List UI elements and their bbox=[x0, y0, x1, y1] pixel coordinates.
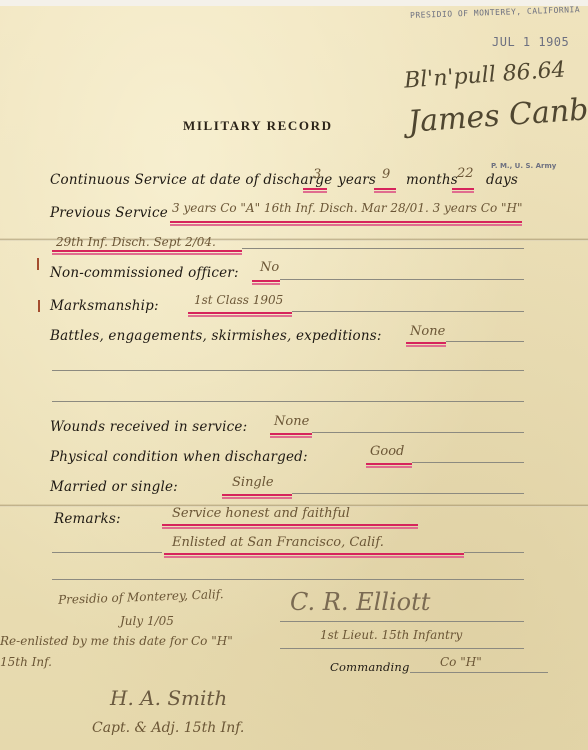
commander-rank: 1st Lieut. 15th Infantry bbox=[320, 628, 462, 642]
continuous-service-label: Continuous Service at date of discharge bbox=[50, 172, 332, 188]
ruled-line bbox=[52, 370, 524, 371]
married-value: Single bbox=[232, 475, 274, 490]
reenlist-note-1: Re-enlisted by me this date for Co "H" bbox=[0, 634, 233, 648]
remarks-value-2: Enlisted at San Francisco, Calif. bbox=[172, 535, 384, 550]
red-underline bbox=[406, 342, 446, 344]
red-underline bbox=[170, 221, 522, 223]
previous-service-value-2: 29th Inf. Disch. Sept 2/04. bbox=[56, 235, 216, 249]
ruled-line bbox=[312, 432, 524, 433]
red-underline bbox=[52, 250, 242, 252]
ruled-line bbox=[52, 579, 524, 580]
red-underline bbox=[222, 494, 292, 496]
commander-signature: C. R. Elliott bbox=[290, 588, 430, 616]
service-years-value: 3 bbox=[313, 167, 321, 182]
nco-value: No bbox=[260, 260, 279, 275]
margin-mark bbox=[38, 300, 40, 312]
years-label: years bbox=[338, 172, 376, 188]
ruled-line bbox=[280, 279, 524, 280]
red-underline bbox=[366, 463, 412, 465]
red-underline bbox=[452, 188, 474, 190]
receipt-stamp-date: JUL 1 1905 bbox=[492, 35, 569, 49]
battles-value: None bbox=[410, 324, 445, 339]
remarks-label: Remarks: bbox=[54, 511, 121, 527]
red-underline bbox=[270, 433, 312, 435]
ruled-line bbox=[52, 552, 162, 553]
married-label: Married or single: bbox=[50, 479, 178, 495]
red-underline bbox=[303, 188, 327, 190]
service-months-value: 9 bbox=[382, 167, 390, 182]
remarks-value-1: Service honest and faithful bbox=[172, 506, 350, 521]
red-underline bbox=[188, 312, 292, 314]
reenlist-note-2: 15th Inf. bbox=[0, 655, 52, 669]
adjutant-signature: H. A. Smith bbox=[110, 686, 227, 710]
wounds-value: None bbox=[274, 414, 309, 429]
physical-condition-value: Good bbox=[370, 444, 404, 459]
wounds-label: Wounds received in service: bbox=[50, 419, 247, 435]
ruled-line bbox=[412, 462, 524, 463]
nco-label: Non-commissioned officer: bbox=[50, 265, 239, 281]
service-days-value: 22 bbox=[457, 166, 474, 181]
ruled-line bbox=[242, 248, 524, 249]
red-underline bbox=[164, 553, 464, 555]
physical-condition-label: Physical condition when discharged: bbox=[50, 449, 308, 465]
red-underline bbox=[252, 280, 280, 282]
ruled-line bbox=[280, 648, 524, 649]
marksmanship-label: Marksmanship: bbox=[50, 298, 159, 314]
marksmanship-value: 1st Class 1905 bbox=[194, 293, 283, 307]
ruled-line bbox=[292, 311, 524, 312]
ruled-line bbox=[280, 621, 524, 622]
battles-label: Battles, engagements, skirmishes, expedi… bbox=[50, 328, 382, 344]
ruled-line bbox=[292, 493, 524, 494]
red-underline bbox=[162, 524, 418, 526]
ruled-line bbox=[446, 341, 524, 342]
days-label: days bbox=[486, 172, 518, 188]
ruled-line bbox=[464, 552, 524, 553]
commanding-value: Co "H" bbox=[440, 655, 482, 669]
ruled-line bbox=[52, 401, 524, 402]
page-title: MILITARY RECORD bbox=[183, 118, 333, 134]
previous-service-value-1: 3 years Co "A" 16th Inf. Disch. Mar 28/0… bbox=[172, 201, 523, 215]
red-underline bbox=[374, 188, 396, 190]
months-label: months bbox=[406, 172, 458, 188]
previous-service-label: Previous Service bbox=[50, 205, 168, 221]
ruled-line bbox=[410, 672, 548, 673]
margin-mark bbox=[37, 258, 39, 270]
pm-label: P. M., U. S. Army bbox=[491, 162, 556, 170]
commanding-label: Commanding bbox=[330, 660, 410, 674]
footer-date: July 1/05 bbox=[120, 614, 174, 628]
adjutant-title: Capt. & Adj. 15th Inf. bbox=[92, 720, 244, 736]
